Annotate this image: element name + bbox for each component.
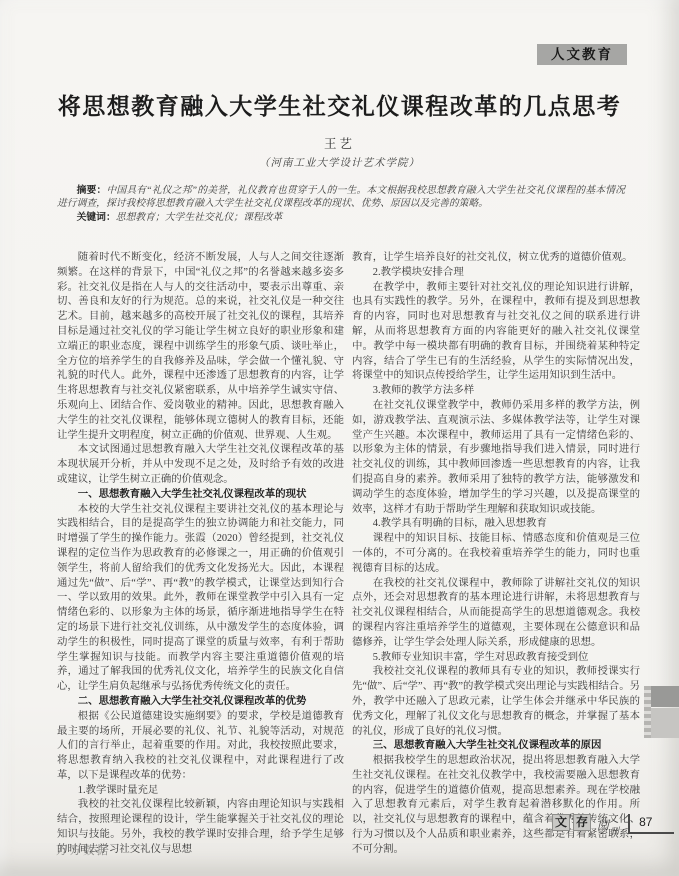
- column-right: 教育，让学生培养良好的社交礼仪，树立优秀的道德价值观。 2.教学模块安排合理 在…: [352, 251, 640, 858]
- section-heading: 一、思想教育融入大学生社交礼仪课程改革的现状: [57, 488, 344, 503]
- edge-tab-block-light: [651, 708, 679, 738]
- paragraph: 在教学中，教师主要针对社交礼仪的理论知识进行讲解，也具有实践性的教学。另外，在课…: [352, 281, 640, 385]
- paragraph: 本校的大学生社交礼仪课程主要讲社交礼仪的基本理论与实践相结合，目的是提高学生的独…: [57, 503, 344, 695]
- edge-tab-text-strip: [644, 686, 651, 738]
- edge-tab-block-dark: [651, 686, 679, 707]
- column-left: 随着时代不断变化，经济不断发展，人与人之间交往逐渐频繁。在这样的背景下，中国“礼…: [57, 251, 344, 858]
- paragraph: 根据《公民道德建设实施纲要》的要求，学校是道德教育最主要的场所，开展必要的礼仪、…: [57, 710, 344, 784]
- author-name: 王艺: [0, 134, 679, 152]
- abstract-label: 摘要：: [77, 185, 107, 196]
- section-heading: 三、思想教育融入大学生社交礼仪课程改革的原因: [352, 739, 640, 754]
- category-tag: 人文教育: [537, 44, 627, 65]
- paragraph: 在我校的社交礼仪课程中，教师除了讲解社交礼仪的知识点外，还会对思想教育的基本理论…: [352, 577, 640, 651]
- journal-logo-char: 存: [573, 814, 591, 831]
- abstract-paragraph: 摘要：中国具有“礼仪之邦”的美誉，礼仪教育也贯穿于人的一生。本文根据我校思想教育…: [57, 184, 625, 211]
- abstract-block: 摘要：中国具有“礼仪之邦”的美誉，礼仪教育也贯穿于人的一生。本文根据我校思想教育…: [57, 184, 625, 224]
- paragraph: 根据我校学生的思想政治状况，提出将思想教育融入大学生社交礼仪课程。在社交礼仪教学…: [352, 754, 640, 858]
- paragraph: 我校社交礼仪课程的教师具有专业的知识，教师授课实行先“做”、后“学”、再“教”的…: [352, 665, 640, 739]
- paragraph: 教育，让学生培养良好的社交礼仪，树立优秀的道德价值观。: [352, 251, 640, 266]
- subsection-heading: 3.教师的教学方法多样: [352, 384, 640, 399]
- subsection-heading: 1.教学课时量充足: [57, 784, 344, 799]
- subsection-heading: 5.教师专业知识丰富，学生对思政教育接受到位: [352, 651, 640, 666]
- journal-mark: 文 存 阅刊 87: [552, 814, 674, 840]
- edge-tab-marker: [651, 686, 679, 738]
- keywords-label: 关键词：: [77, 212, 116, 223]
- journal-script-main: 阅: [597, 818, 610, 832]
- author-affiliation: （河南工业大学设计艺术学院）: [0, 155, 679, 170]
- paragraph: 本文试图通过思想教育融入大学生社交礼仪课程改革的基本现状展开分析，并从中发现不足…: [57, 443, 344, 487]
- watermark-text: 万方数据: [56, 842, 110, 858]
- paragraph: 在社交礼仪课堂教学中，教师仍采用多样的教学方法，例如，游戏教学法、直观演示法、多…: [352, 399, 640, 517]
- paragraph: 课程中的知识目标、技能目标、情感态度和价值观是三位一体的，不可分离的。在我校着重…: [352, 532, 640, 576]
- paragraph: 随着时代不断变化，经济不断发展，人与人之间交往逐渐频繁。在这样的背景下，中国“礼…: [57, 251, 344, 443]
- subsection-heading: 4.教学具有明确的目标，融入思想教育: [352, 517, 640, 532]
- section-heading: 二、思想教育融入大学生社交礼仪课程改革的优势: [57, 695, 344, 710]
- keywords-text: 思想教育；大学生社交礼仪；课程改革: [116, 212, 283, 223]
- journal-script-low: 刊: [610, 826, 620, 836]
- journal-logo-char: 文: [552, 814, 570, 831]
- subsection-heading: 2.教学模块安排合理: [352, 266, 640, 281]
- page-number: 87: [628, 814, 674, 834]
- page-title: 将思想教育融入大学生社交礼仪课程改革的几点思考: [40, 88, 639, 121]
- keywords-paragraph: 关键词：思想教育；大学生社交礼仪；课程改革: [57, 211, 625, 224]
- scanned-paper-page: 人文教育 将思想教育融入大学生社交礼仪课程改革的几点思考 王艺 （河南工业大学设…: [0, 0, 679, 876]
- journal-script-name: 阅刊: [597, 816, 620, 833]
- abstract-text: 中国具有“礼仪之邦”的美誉，礼仪教育也贯穿于人的一生。本文根据我校思想教育融入大…: [57, 185, 625, 209]
